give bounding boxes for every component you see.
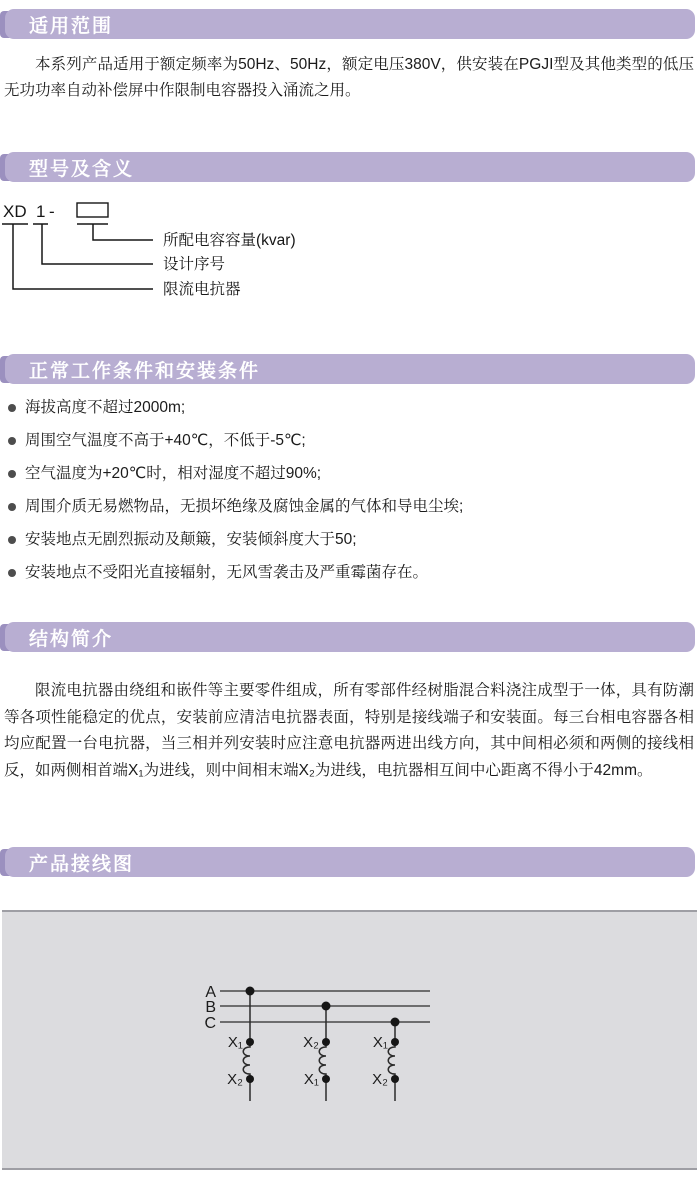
bullet-dot-icon <box>8 503 16 511</box>
section-header-conditions: 正常工作条件和安装条件 <box>0 354 697 384</box>
model-code-serial: 1 <box>36 202 45 221</box>
header-bar: 适用范围 <box>5 9 695 39</box>
phase-label-c: C <box>204 1015 216 1032</box>
terminal-dot-top <box>322 1038 330 1046</box>
callout-label-reactor: 限流电抗器 <box>163 280 241 298</box>
bullet-dot-icon <box>8 569 16 577</box>
model-designation-diagram: XD 1 - 所配电容容量(kvar) 设计序号 限流电抗器 <box>0 196 430 308</box>
structure-paragraph: 限流电抗器由绕组和嵌件等主要零件组成，所有零部件经树脂混合料浇注成型于一体，具有… <box>4 678 694 785</box>
terminal-label-top: X₂ <box>303 1034 319 1051</box>
model-code-prefix: XD <box>3 202 27 221</box>
condition-text: 周围空气温度不高于+40℃，不低于-5℃; <box>25 430 306 452</box>
section-header-wiring: 产品接线图 <box>0 847 697 877</box>
section-title-scope: 适用范围 <box>29 11 113 38</box>
list-item: 安装地点无剧烈振动及颠簸，安装倾斜度大于50; <box>8 529 690 551</box>
conditions-list: 海拔高度不超过2000m; 周围空气温度不高于+40℃，不低于-5℃; 空气温度… <box>8 397 690 595</box>
section-header-scope: 适用范围 <box>0 9 697 39</box>
junction-dot <box>246 987 255 996</box>
capacity-box <box>77 203 108 217</box>
section-title-conditions: 正常工作条件和安装条件 <box>29 356 260 383</box>
header-bar: 正常工作条件和安装条件 <box>5 354 695 384</box>
reactor-branch-1: X₁ X₂ <box>227 987 254 1102</box>
list-item: 海拔高度不超过2000m; <box>8 397 690 419</box>
condition-text: 空气温度为+20℃时，相对湿度不超过90%; <box>25 463 321 485</box>
section-header-model: 型号及含义 <box>0 152 697 182</box>
junction-dot <box>322 1002 331 1011</box>
section-header-structure: 结构简介 <box>0 622 697 652</box>
catalog-page: 适用范围 本系列产品适用于额定频率为50Hz、50Hz，额定电压380V，供安装… <box>0 0 700 1177</box>
condition-text: 周围介质无易燃物品，无损坏绝缘及腐蚀金属的气体和导电尘埃; <box>25 496 463 518</box>
reactor-branch-2: X₂ X₁ <box>303 1002 330 1102</box>
branch-line-with-coil <box>319 1006 326 1101</box>
bullet-dot-icon <box>8 437 16 445</box>
list-item: 空气温度为+20℃时，相对湿度不超过90%; <box>8 463 690 485</box>
callout-label-serial: 设计序号 <box>163 255 225 273</box>
section-title-wiring: 产品接线图 <box>29 849 134 876</box>
terminal-label-bottom: X₂ <box>227 1071 243 1088</box>
terminal-dot-bottom <box>391 1075 399 1083</box>
wiring-diagram-panel: A B C X₁ X₂ X₂ X₁ <box>2 910 697 1170</box>
header-bar: 产品接线图 <box>5 847 695 877</box>
branch-line-with-coil <box>243 991 250 1101</box>
list-item: 周围介质无易燃物品，无损坏绝缘及腐蚀金属的气体和导电尘埃; <box>8 496 690 518</box>
header-bar: 型号及含义 <box>5 152 695 182</box>
terminal-dot-bottom <box>322 1075 330 1083</box>
terminal-label-bottom: X₁ <box>304 1071 319 1088</box>
condition-text: 安装地点不受阳光直接辐射，无风雪袭击及严重霉菌存在。 <box>25 562 428 584</box>
phase-label-b: B <box>205 999 216 1016</box>
terminal-label-top: X₁ <box>228 1034 243 1051</box>
section-title-structure: 结构简介 <box>29 624 113 651</box>
terminal-dot-top <box>391 1038 399 1046</box>
list-item: 周围空气温度不高于+40℃，不低于-5℃; <box>8 430 690 452</box>
wiring-diagram: A B C X₁ X₂ X₂ X₁ <box>2 912 697 1164</box>
terminal-label-bottom: X₂ <box>372 1071 388 1088</box>
section-title-model: 型号及含义 <box>29 154 134 181</box>
callout-label-capacity: 所配电容容量(kvar) <box>163 231 296 249</box>
condition-text: 海拔高度不超过2000m; <box>25 397 185 419</box>
callout-line-serial <box>42 224 153 264</box>
model-code-dash: - <box>49 202 55 221</box>
scope-paragraph: 本系列产品适用于额定频率为50Hz、50Hz，额定电压380V，供安装在PGJI… <box>4 52 694 104</box>
condition-text: 安装地点无剧烈振动及颠簸，安装倾斜度大于50; <box>25 529 357 551</box>
junction-dot <box>391 1018 400 1027</box>
callout-line-capacity <box>93 224 153 240</box>
bullet-dot-icon <box>8 536 16 544</box>
reactor-branch-3: X₁ X₂ <box>372 1018 399 1102</box>
header-bar: 结构简介 <box>5 622 695 652</box>
callout-line-reactor <box>13 224 153 289</box>
bullet-dot-icon <box>8 470 16 478</box>
terminal-label-top: X₁ <box>373 1034 388 1051</box>
branch-line-with-coil <box>388 1022 395 1101</box>
bullet-dot-icon <box>8 404 16 412</box>
terminal-dot-top <box>246 1038 254 1046</box>
list-item: 安装地点不受阳光直接辐射，无风雪袭击及严重霉菌存在。 <box>8 562 690 584</box>
terminal-dot-bottom <box>246 1075 254 1083</box>
